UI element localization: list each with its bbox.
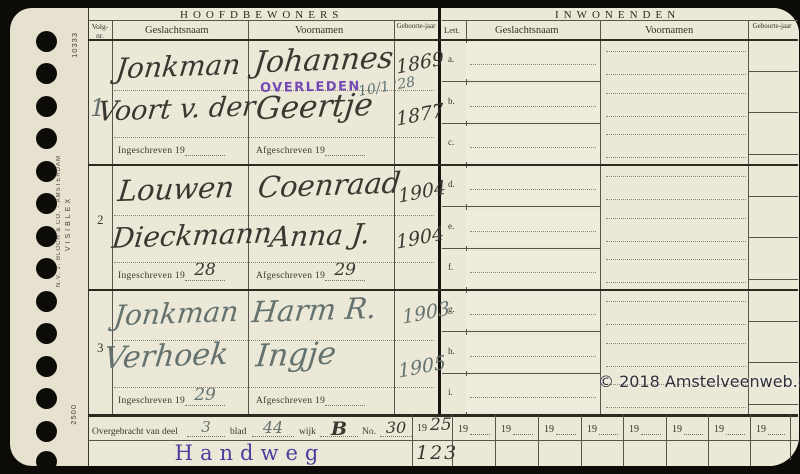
transfer-label-wijk: wijk	[299, 427, 316, 437]
row-letter: d.	[448, 179, 455, 189]
dotted-line	[684, 431, 703, 435]
volgnr-handwritten: 3	[97, 340, 104, 356]
voornamen-cell	[604, 207, 748, 248]
inwonende-row: h.	[442, 332, 798, 373]
year-cell-label: 19	[756, 424, 766, 435]
dotted-line	[556, 431, 576, 435]
volgnr-handwritten: 2	[97, 212, 104, 228]
year-cell-label: 19	[714, 424, 724, 435]
form-number-bottom: 2500	[69, 404, 78, 425]
row-letter: f.	[448, 262, 453, 272]
binder-hole	[36, 226, 57, 247]
year-cell: 19	[581, 416, 623, 440]
binder-hole	[36, 291, 57, 312]
surname-handwritten: Jonkman	[113, 298, 240, 330]
row-letter: c.	[448, 137, 454, 147]
binder-hole	[36, 421, 57, 442]
row-letter: a.	[448, 54, 454, 64]
column-header-geboortejaar-inw: Geboorte-jaar	[750, 22, 794, 31]
voornamen-cell	[604, 165, 748, 206]
divider	[790, 415, 791, 460]
ingeschreven-value: 28	[194, 260, 216, 280]
afgeschreven-field: Afgeschreven 19 29	[256, 267, 365, 281]
ingeschreven-field: Ingeschreven 19 29	[118, 392, 225, 406]
ingeschreven-label: Ingeschreven 19	[118, 146, 185, 156]
birthyear-handwritten: 1904	[396, 224, 445, 252]
year-cell-label: 19	[587, 424, 597, 435]
afgeschreven-field: Afgeschreven 19	[256, 142, 365, 156]
column-header-volgnr: Volg-nr.	[89, 22, 111, 41]
column-header-lett: Lett.	[444, 25, 460, 35]
surname-handwritten: Louwen	[117, 173, 236, 206]
surname-handwritten: Voort v. der	[97, 93, 257, 126]
geslachtsnaam-cell	[466, 376, 600, 412]
year-cell: 19	[495, 416, 538, 440]
year-cell: 19	[708, 416, 750, 440]
ingeschreven-label: Ingeschreven 19	[118, 396, 185, 406]
voornamen-cell	[604, 40, 748, 81]
binder-hole	[36, 258, 57, 279]
row-letter: e.	[448, 221, 454, 231]
form-number-top: 10333	[70, 32, 79, 58]
row-letter: i.	[448, 387, 453, 397]
binder-hole	[36, 31, 57, 52]
geslachtsnaam-cell	[466, 126, 600, 162]
transfer-year-value: 25	[430, 417, 452, 434]
voornamen-cell	[604, 332, 748, 373]
transfer-deel-value: 3	[201, 418, 211, 436]
afgeschreven-line: 29	[325, 267, 365, 281]
transfer-no-value: 30	[386, 418, 406, 437]
transfer-wijk-line: B	[320, 420, 358, 437]
hoofdbewoner-group-2: 2 Louwen Coenraad 1904 Dieckmann Anna J.…	[88, 165, 438, 290]
ingeschreven-label: Ingeschreven 19	[118, 271, 185, 281]
firstnames-handwritten: Anna J.	[269, 220, 372, 252]
column-header-geslachtsnaam-inw: Geslachtsnaam	[495, 25, 559, 36]
geslachtsnaam-cell	[466, 85, 600, 121]
transfer-no-line: 30	[380, 420, 412, 437]
birthyear-handwritten: 1877	[396, 101, 445, 129]
surname-handwritten: Verhoek	[102, 340, 229, 374]
transfer-blad-value: 44	[263, 418, 283, 437]
afgeschreven-field: Afgeschreven 19	[256, 392, 365, 406]
transfer-year-label: 19	[417, 423, 427, 434]
year-cell: 19	[666, 416, 708, 440]
geslachtsnaam-cell	[466, 335, 600, 371]
row-letter: h.	[448, 346, 455, 356]
afgeschreven-line	[325, 392, 365, 406]
geslachtsnaam-cell	[466, 293, 600, 329]
year-cell: 19	[452, 416, 495, 440]
divider	[88, 20, 438, 21]
afgeschreven-line	[325, 142, 365, 156]
year-cell: 19	[538, 416, 581, 440]
hoofdbewoner-group-3: 3 Jonkman Harm R. 1903 Verhoek Ingje 190…	[88, 290, 438, 415]
ingeschreven-value: 29	[194, 385, 216, 405]
inwonende-row: f.	[442, 248, 798, 289]
year-cell-label: 19	[672, 424, 682, 435]
surname-handwritten: Dieckmann	[111, 219, 274, 253]
inwonende-row: d.	[442, 165, 798, 206]
inwonende-row: b.	[442, 82, 798, 123]
binder-hole	[36, 96, 57, 117]
inwonende-row: c.	[442, 123, 798, 164]
binder-hole	[36, 161, 57, 182]
binder-hole	[36, 63, 57, 84]
afgeschreven-value: 29	[334, 260, 356, 280]
binder-hole	[36, 356, 57, 377]
inwonende-row: g.	[442, 290, 798, 331]
year-cell-label: 19	[544, 424, 554, 435]
geslachtsnaam-cell	[466, 43, 600, 79]
column-header-geslachtsnaam: Geslachtsnaam	[145, 25, 209, 36]
ingeschreven-field: Ingeschreven 19 28	[118, 267, 225, 281]
ingeschreven-field: Ingeschreven 19	[118, 142, 225, 156]
divider	[442, 20, 798, 21]
binder-hole	[36, 388, 57, 409]
dotted-line	[768, 431, 785, 435]
inwonende-row: e.	[442, 207, 798, 248]
row-letter: g.	[448, 304, 455, 314]
surname-handwritten: Jonkman	[115, 51, 242, 83]
ingeschreven-line: 28	[185, 267, 225, 281]
transfer-row: Overgebracht van deel 3 blad 44 wijk B N…	[92, 420, 412, 442]
hoofdbewoner-group-1: 1 Jonkman Johannes 1869 OVERLEDEN 10/1 '…	[88, 40, 438, 165]
binder-hole	[36, 128, 57, 149]
column-header-voornamen: Voornamen	[295, 25, 343, 36]
brand-address: N.V. J. BLOCH & CO. - AMSTERDAM	[56, 155, 62, 287]
firstnames-handwritten: Geertje	[254, 90, 374, 125]
transfer-wijk-value: B	[331, 418, 347, 440]
binder-hole	[36, 451, 57, 466]
divider	[412, 415, 413, 466]
afgeschreven-label: Afgeschreven 19	[256, 146, 325, 156]
dotted-line	[513, 431, 533, 435]
year-cell-label: 19	[458, 424, 468, 435]
afgeschreven-label: Afgeschreven 19	[256, 271, 325, 281]
firstnames-handwritten: Ingje	[254, 339, 337, 373]
voornamen-cell	[604, 82, 748, 123]
voornamen-cell	[604, 123, 748, 164]
column-header-voornamen-inw: Voornamen	[645, 25, 693, 36]
inwonende-row: a.	[442, 40, 798, 81]
binder-hole	[36, 323, 57, 344]
dotted-line	[641, 431, 661, 435]
voornamen-cell	[604, 290, 748, 331]
dotted-line	[599, 431, 618, 435]
firstnames-handwritten: Johannes	[252, 44, 394, 79]
firstnames-handwritten: Harm R.	[251, 294, 378, 327]
transfer-label-blad: blad	[230, 427, 246, 437]
transfer-label-deel: Overgebracht van deel	[92, 427, 178, 437]
geslachtsnaam-cell	[466, 210, 600, 246]
voornamen-cell	[604, 248, 748, 289]
birthyear-handwritten: 1869	[396, 49, 445, 77]
transfer-deel-line: 3	[187, 420, 225, 437]
year-cell-label: 19	[629, 424, 639, 435]
binder-hole	[36, 193, 57, 214]
ingeschreven-line: 29	[185, 392, 225, 406]
geslachtsnaam-cell	[466, 168, 600, 204]
brand-name: VISIBLEX	[65, 196, 72, 251]
house-number-handwritten: 123	[416, 444, 458, 463]
street-name-stamp: Handweg	[88, 441, 412, 465]
transfer-label-no: No.	[362, 427, 376, 437]
year-cell: 19	[750, 416, 790, 440]
scanned-register-card-page: 10333 VISIBLEX N.V. J. BLOCH & CO. - AMS…	[0, 0, 800, 474]
year-cell-label: 19	[501, 424, 511, 435]
watermark-copyright: © 2018 Amstelveenweb.com	[598, 372, 800, 391]
row-letter: b.	[448, 96, 455, 106]
transfer-blad-line: 44	[252, 420, 294, 437]
dotted-line	[726, 431, 745, 435]
geslachtsnaam-cell	[466, 251, 600, 287]
firstnames-handwritten: Coenraad	[257, 168, 402, 202]
year-cell: 19	[623, 416, 666, 440]
ingeschreven-line	[185, 142, 225, 156]
column-header-geboortejaar: Geboorte-jaar	[395, 22, 437, 31]
afgeschreven-label: Afgeschreven 19	[256, 396, 325, 406]
dotted-line	[470, 431, 490, 435]
